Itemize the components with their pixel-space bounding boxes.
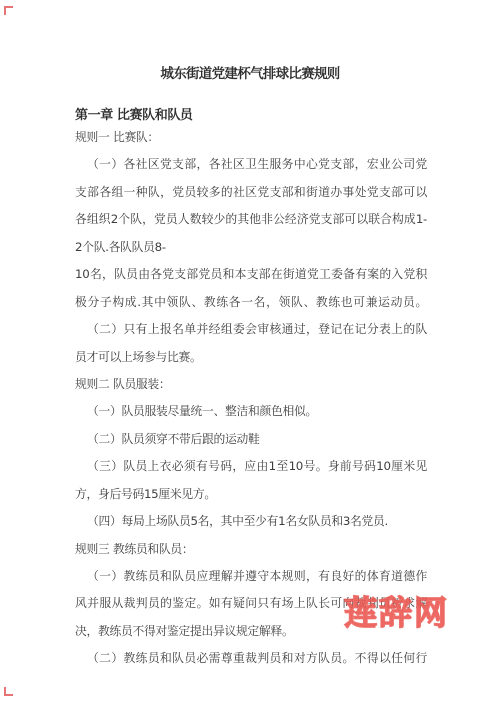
body-line: （三）队员上衣必须有号码，应由1至10号。身前号码10厘米见 bbox=[75, 453, 427, 480]
body-line: 规则一 比赛队： bbox=[75, 124, 427, 151]
document-body: 规则一 比赛队：（一）各社区党支部，各社区卫生服务中心党支部，宏业公司党支部各组… bbox=[75, 124, 427, 673]
document-page: 城东街道党建杯气排球比赛规则 第一章 比赛队和队员 规则一 比赛队：（一）各社区… bbox=[0, 0, 500, 708]
body-line: 决，教练员不得对鉴定提出异议规定解释。 bbox=[75, 618, 427, 645]
body-line: 2个队.各队队员8- bbox=[75, 234, 427, 261]
body-line: （二）队员须穿不带后跟的运动鞋 bbox=[75, 426, 427, 453]
document-title: 城东街道党建杯气排球比赛规则 bbox=[0, 62, 500, 82]
body-line: （一）各社区党支部，各社区卫生服务中心党支部，宏业公司党 bbox=[75, 151, 427, 178]
body-line: 10名，队员由各党支部党员和本支部在街道党工委备有案的入党积 bbox=[75, 261, 427, 288]
body-line: 各组织2个队，党员人数较少的其他非公经济党支部可以联合构成1- bbox=[75, 206, 427, 233]
body-line: 规则三 教练员和队员： bbox=[75, 536, 427, 563]
body-line: 方，身后号码15厘米见方。 bbox=[75, 481, 427, 508]
body-line: （二）教练员和队员必需尊重裁判员和对方队员。不得以任何行 bbox=[75, 645, 427, 672]
body-line: 员才可以上场参与比赛。 bbox=[75, 344, 427, 371]
body-line: 支部各组一种队，党员较多的社区党支部和街道办事处党支部可以 bbox=[75, 179, 427, 206]
body-line: （一）队员服装尽量统一、整洁和颜色相似。 bbox=[75, 398, 427, 425]
corner-mark-top-left bbox=[4, 6, 13, 15]
body-line: 极分子构成.其中领队、教练各一名，领队、教练也可兼运动员。 bbox=[75, 289, 427, 316]
chapter-heading: 第一章 比赛队和队员 bbox=[75, 104, 193, 123]
body-line: （二）只有上报名单并经组委会审核通过，登记在记分表上的队 bbox=[75, 316, 427, 343]
body-line: 规则二 队员服装： bbox=[75, 371, 427, 398]
body-line: （一）教练员和队员应理解并遵守本规则，有良好的体育道德作 bbox=[75, 563, 427, 590]
body-line: 风并服从裁判员的鉴定。如有疑问只有场上队长可向裁判员祈求解 bbox=[75, 590, 427, 617]
corner-mark-bottom-left bbox=[4, 687, 13, 696]
body-line: （四）每局上场队员5名，其中至少有1名女队员和3名党员. bbox=[75, 508, 427, 535]
